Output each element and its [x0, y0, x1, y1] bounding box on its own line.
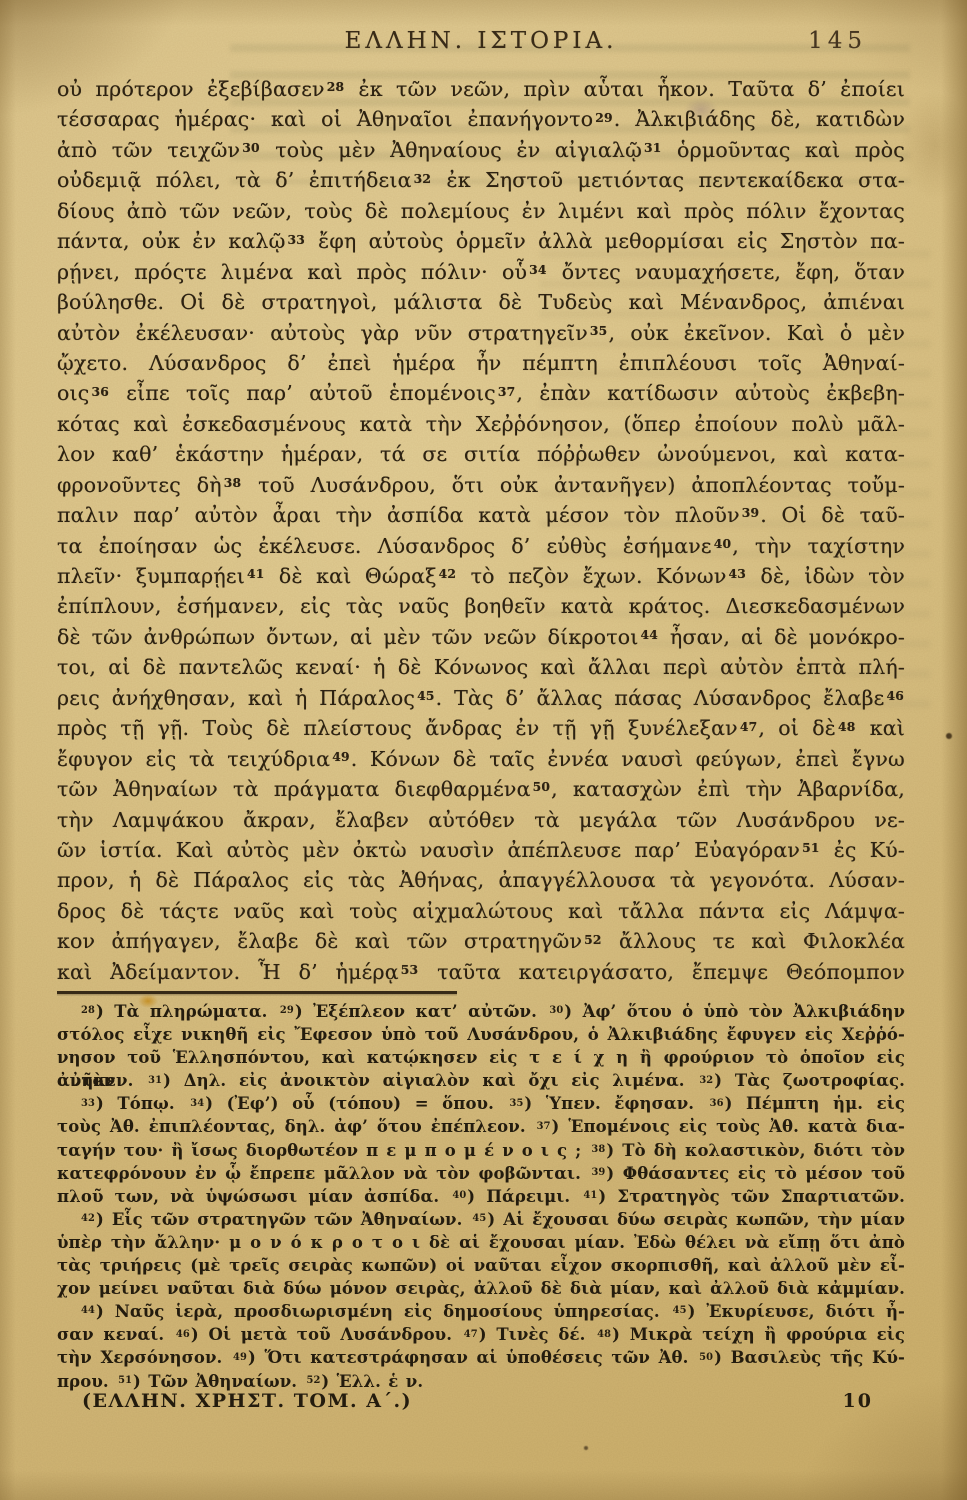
text-line: ρῄνει, πρόςτε λιμένα καὶ πρὸς πόλιν· οὗ3…	[57, 257, 905, 287]
text-line: πάντα, οὐκ ἐν καλῷ33 ἔφη αὐτοὺς ὁρμεῖν ἀ…	[57, 226, 905, 256]
footnote-ref: 45	[673, 1305, 687, 1316]
text-line: δρος δὲ τάςτε ναῦς καὶ τοὺς αἰχμαλώτους …	[57, 896, 905, 926]
footnote-ref: 32	[414, 171, 432, 186]
text-line: κον ἀπήγαγεν, ἔλαβε δὲ καὶ τῶν στρατηγῶν…	[57, 926, 905, 956]
footnote-ref: 42	[439, 566, 457, 581]
text-line: δίους ἀπὸ τῶν νεῶν, τοὺς δὲ πολεμίους ἐν…	[57, 196, 905, 226]
sheet-number: 10	[843, 1390, 873, 1412]
footnote-ref: 48	[838, 719, 856, 734]
footnote-ref: 37	[537, 1121, 551, 1132]
text-line: οις36 εἶπε τοῖς παρ’ αὐτοῦ ἑπομένοις37, …	[57, 378, 905, 408]
page-footer: (ΕΛΛΗΝ. ΧΡΗΣΤ. ΤΟΜ. Α΄.) 10	[57, 1390, 905, 1420]
footnote-ref: 35	[509, 1098, 523, 1109]
text-line: κότας καὶ ἐσκεδασμένους κατὰ τὴν Χεῤῥόνη…	[57, 409, 905, 439]
footnote-ref: 49	[332, 749, 350, 764]
text-line: τῶν Ἀθηναίων τὰ πράγματα διεφθαρμένα50, …	[57, 774, 905, 804]
footnote-ref: 46	[886, 688, 904, 703]
footnote-line: ἀνῆκεν. 31) Δηλ. εἰς ἀνοικτὸν αἰγιαλὸν κ…	[57, 1069, 905, 1092]
text-line: φρονοῦντες δὴ38 τοῦ Λυσάνδρου, ὅτι οὐκ ἀ…	[57, 470, 905, 500]
footnote-ref: 36	[91, 384, 109, 399]
footnote-ref: 50	[699, 1352, 713, 1363]
footnote-line: ταγήν του· ἢ ἴσως διορθωτέον π ε μ π ο μ…	[57, 1139, 905, 1162]
footnote-line: στόλος εἶχε νικηθῆ εἰς Ἔφεσον ὑπὸ τοῦ Λυ…	[57, 1023, 905, 1046]
footnote-line: 33) Τόπῳ. 34) (Ἐφ’) οὗ (τόπου) = ὅπου. 3…	[57, 1092, 905, 1115]
ink-speck	[584, 1446, 588, 1450]
text-line: λον καθ’ ἑκάστην ἡμέραν, τά σε σιτία πόῤ…	[57, 439, 905, 469]
text-line: ἐπίπλουν, ἐσήμανεν, εἰς τὰς ναῦς βοηθεῖν…	[57, 591, 905, 621]
footnote-ref: 34	[190, 1098, 204, 1109]
footnotes: 28) Τὰ πληρώματα. 29) Ἐξέπλεον κατ’ αὐτῶ…	[57, 1000, 905, 1393]
footnote-line: ὑπὲρ τὴν ἄλλην· μ ο ν ό κ ρ ο τ ο ι δὲ α…	[57, 1231, 905, 1254]
footnote-ref: 36	[710, 1098, 724, 1109]
footnote-ref: 33	[287, 232, 305, 247]
book-page: ΕΛΛΗΝ. ΙΣΤΟΡΙΑ. 145 οὐ πρότερον ἐξεβίβασ…	[0, 0, 967, 1500]
stain	[900, 90, 967, 200]
footnote-ref: 52	[584, 932, 602, 947]
text-line: τοι, αἱ δὲ παντελῶς κεναί· ἡ δὲ Κόνωνος …	[57, 652, 905, 682]
footnote-ref: 31	[644, 140, 662, 155]
footnote-ref: 39	[591, 1167, 605, 1178]
text-line: ῶν ἱστία. Καὶ αὐτὸς μὲν ὀκτὼ ναυσὶν ἀπέπ…	[57, 835, 905, 865]
footnote-ref: 46	[176, 1329, 190, 1340]
footnote-ref: 28	[327, 79, 345, 94]
page-header: ΕΛΛΗΝ. ΙΣΤΟΡΙΑ. 145	[57, 28, 905, 62]
footnote-ref: 41	[583, 1190, 597, 1201]
footnote-ref: 49	[233, 1352, 247, 1363]
footnote-ref: 35	[590, 323, 608, 338]
footnote-line: τὰς τριήρεις (μὲ τρεῖς σειρὰς κωπῶν) οἱ …	[57, 1254, 905, 1277]
footnote-ref: 38	[224, 475, 242, 490]
text-line: τὴν Λαμψάκου ἄκραν, ἔλαβεν αὐτόθεν τὰ με…	[57, 805, 905, 835]
ink-speck	[946, 733, 952, 739]
footnote-line: κατεφρόνουν ἐν ᾧ ἔπρεπε μᾶλλον νὰ τὸν φο…	[57, 1162, 905, 1185]
running-title: ΕΛΛΗΝ. ΙΣΤΟΡΙΑ.	[57, 28, 905, 54]
text-line: ᾤχετο. Λύσανδρος δ’ ἐπεὶ ἡμέρα ἦν πέμπτη…	[57, 348, 905, 378]
footnote-separator	[57, 991, 457, 994]
footnote-line: σαν κεναί. 46) Οἱ μετὰ τοῦ Λυσάνδρου. 47…	[57, 1323, 905, 1346]
text-line: πρὸς τῇ γῇ. Τοὺς δὲ πλείστους ἄνδρας ἐν …	[57, 713, 905, 743]
footnote-ref: 53	[401, 962, 419, 977]
footnote-line: νησον τοῦ Ἑλλησπόντου, καὶ κατῴκησεν εἰς…	[57, 1046, 905, 1069]
footnote-ref: 42	[81, 1213, 95, 1224]
footnote-ref: 52	[306, 1375, 320, 1386]
footnote-ref: 43	[729, 566, 747, 581]
printer-signature: (ΕΛΛΗΝ. ΧΡΗΣΤ. ΤΟΜ. Α΄.)	[82, 1390, 412, 1412]
text-line: παλιν παρ’ αὐτὸν ἆραι τὴν ἀσπίδα κατὰ μέ…	[57, 500, 905, 530]
text-line: ρεις ἀνήχθησαν, καὶ ἡ Πάραλος45. Τὰς δ’ …	[57, 683, 905, 713]
footnote-line: τὴν Χερσόνησον. 49) Ὅτι κατεστράφησαν αἱ…	[57, 1346, 905, 1369]
footnote-ref: 51	[802, 840, 820, 855]
text-line: καὶ Ἀδείμαντον. Ἧ δ’ ἡμέρᾳ53 ταῦτα κατει…	[57, 957, 905, 987]
text-line: προν, ἡ δὲ Πάραλος εἰς τὰς Ἀθήνας, ἀπαγγ…	[57, 865, 905, 895]
footnote-ref: 38	[591, 1144, 605, 1155]
footnote-ref: 30	[242, 140, 260, 155]
text-line: τα ἐποίησαν ὡς ἐκέλευσε. Λύσανδρος δ’ εὐ…	[57, 531, 905, 561]
footnote-ref: 40	[452, 1190, 466, 1201]
footnote-ref: 45	[417, 688, 435, 703]
footnote-ref: 33	[81, 1098, 95, 1109]
footnote-ref: 41	[247, 566, 265, 581]
footnote-ref: 29	[280, 1005, 294, 1016]
footnote-ref: 44	[641, 627, 659, 642]
text-line: ἀπὸ τῶν τειχῶν30 τοὺς μὲν Ἀθηναίους ἐν α…	[57, 135, 905, 165]
footnote-ref: 40	[714, 536, 732, 551]
footnote-ref: 47	[740, 719, 758, 734]
footnote-line: χον μείνει ναῦται διὰ δύω μόνον σειρὰς, …	[57, 1277, 905, 1300]
footnote-ref: 29	[595, 110, 613, 125]
main-text: οὐ πρότερον ἐξεβίβασεν28 ἐκ τῶν νεῶν, πρ…	[57, 74, 905, 987]
footnote-line: 42) Εἷς τῶν στρατηγῶν τῶν Ἀθηναίων. 45) …	[57, 1208, 905, 1231]
text-line: δὲ τῶν ἀνθρώπων ὄντων, αἱ μὲν τῶν νεῶν δ…	[57, 622, 905, 652]
footnote-ref: 44	[81, 1305, 95, 1316]
footnote-ref: 32	[699, 1075, 713, 1086]
footnote-ref: 34	[529, 262, 547, 277]
footnote-ref: 30	[549, 1005, 563, 1016]
footnote-ref: 51	[118, 1375, 132, 1386]
footnote-line: 44) Ναῦς ἱερὰ, προσδιωρισμένη εἰς δημοσί…	[57, 1300, 905, 1323]
text-line: τέσσαρας ἡμέρας· καὶ οἱ Ἀθηναῖοι ἐπανήγο…	[57, 104, 905, 134]
footnote-ref: 28	[81, 1005, 95, 1016]
text-line: αὐτὸν ἐκέλευσαν· αὐτοὺς γὰρ νῦν στρατηγε…	[57, 318, 905, 348]
footnote-line: 28) Τὰ πληρώματα. 29) Ἐξέπλεον κατ’ αὐτῶ…	[57, 1000, 905, 1023]
footnote-ref: 39	[742, 505, 760, 520]
footnote-ref: 48	[597, 1329, 611, 1340]
footnote-ref: 37	[498, 384, 516, 399]
text-line: πλεῖν· ξυμπαρῄει41 δὲ καὶ Θώραξ42 τὸ πεζ…	[57, 561, 905, 591]
page-number: 145	[808, 28, 867, 54]
footnote-line: τοὺς Ἀθ. ἐπιπλέοντας, δηλ. ἀφ’ ὅτου ἐπέπ…	[57, 1115, 905, 1138]
footnote-ref: 50	[533, 779, 551, 794]
footnote-ref: 45	[472, 1213, 486, 1224]
footnote-line: πλοῦ των, νὰ ὑψώσωσι μίαν ἀσπίδα. 40) Πά…	[57, 1185, 905, 1208]
footnote-ref: 31	[148, 1075, 162, 1086]
text-line: βούλησθε. Οἱ δὲ στρατηγοὶ, μάλιστα δὲ Τυ…	[57, 287, 905, 317]
text-line: ἔφυγον εἰς τὰ τειχύδρια49. Κόνων δὲ ταῖς…	[57, 744, 905, 774]
footnote-ref: 47	[464, 1329, 478, 1340]
text-line: οὐ πρότερον ἐξεβίβασεν28 ἐκ τῶν νεῶν, πρ…	[57, 74, 905, 104]
text-line: οὐδεμιᾷ πόλει, τὰ δ’ ἐπιτήδεια32 ἐκ Σηστ…	[57, 165, 905, 195]
